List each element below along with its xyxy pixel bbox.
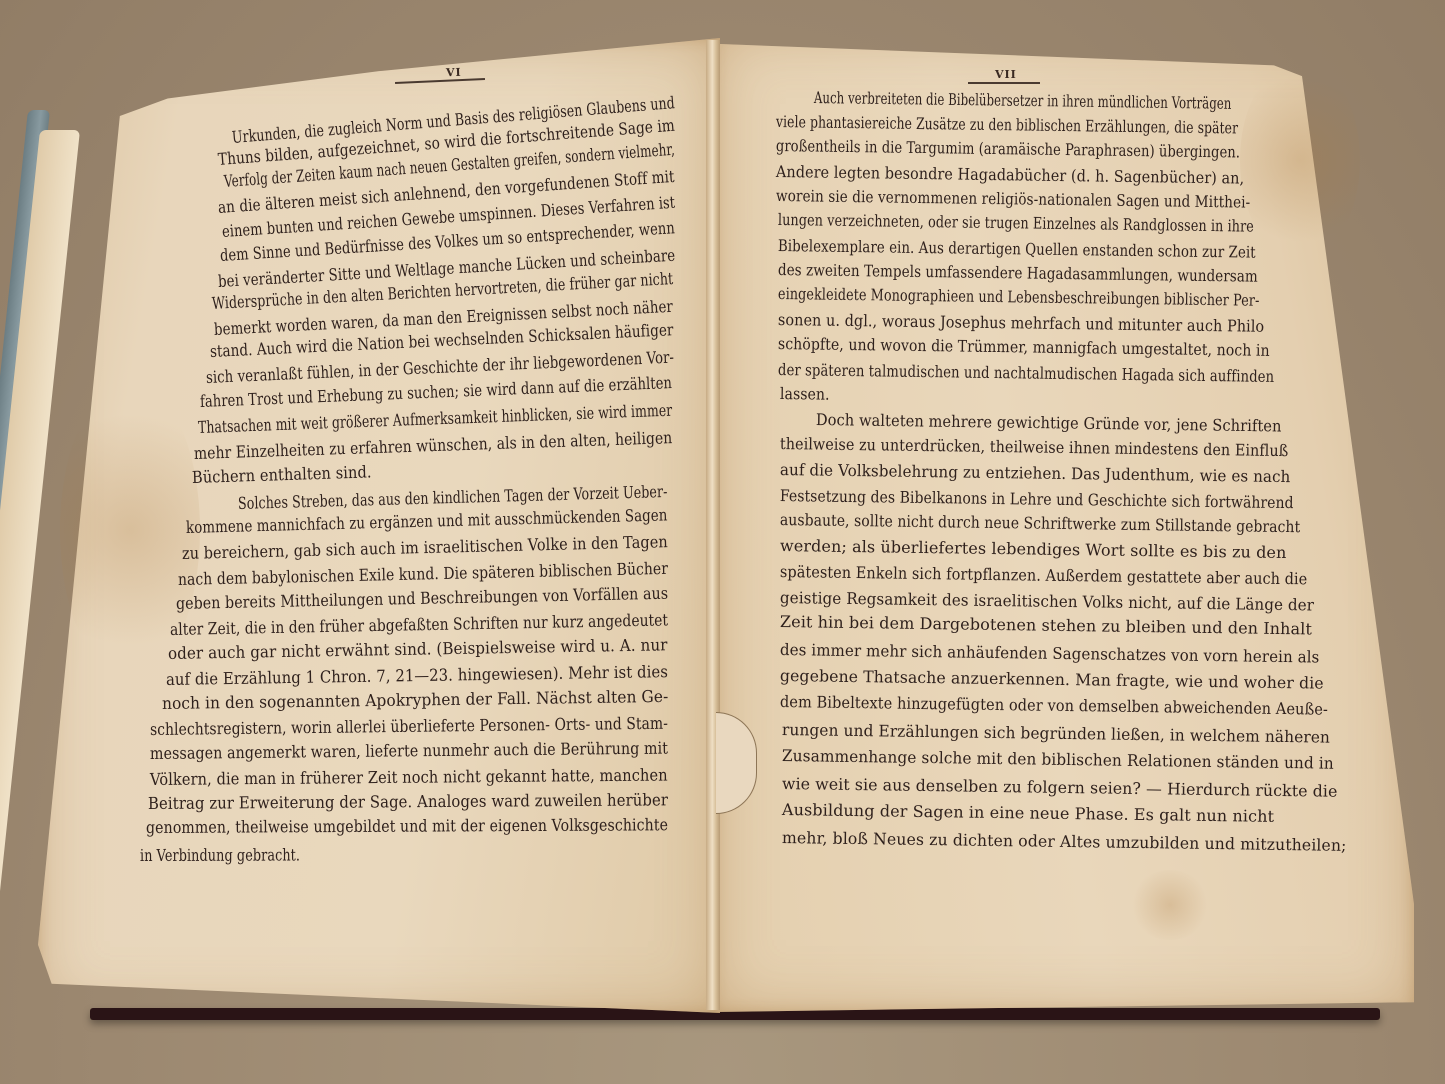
paper-stain xyxy=(1130,870,1210,940)
text-line: lassen. xyxy=(780,384,824,404)
page-number-right: VII xyxy=(995,68,1017,81)
text-line: Beitrag zur Erweiterung der Sage. Analog… xyxy=(148,791,616,813)
header-rule-right xyxy=(968,82,1040,84)
page-number-left: VI xyxy=(446,66,462,80)
book-gutter xyxy=(706,40,720,1010)
paper-stain xyxy=(1240,60,1360,260)
text-line: in Verbindung gebracht. xyxy=(140,846,264,865)
photo-scene: VI VII Urkunden, die zugleich Norm und B… xyxy=(0,0,1445,1084)
text-line: genommen, theilweise umgebildet und mit … xyxy=(146,816,593,837)
text-line: Völkern, die man in früherer Zeit noch n… xyxy=(150,766,608,789)
